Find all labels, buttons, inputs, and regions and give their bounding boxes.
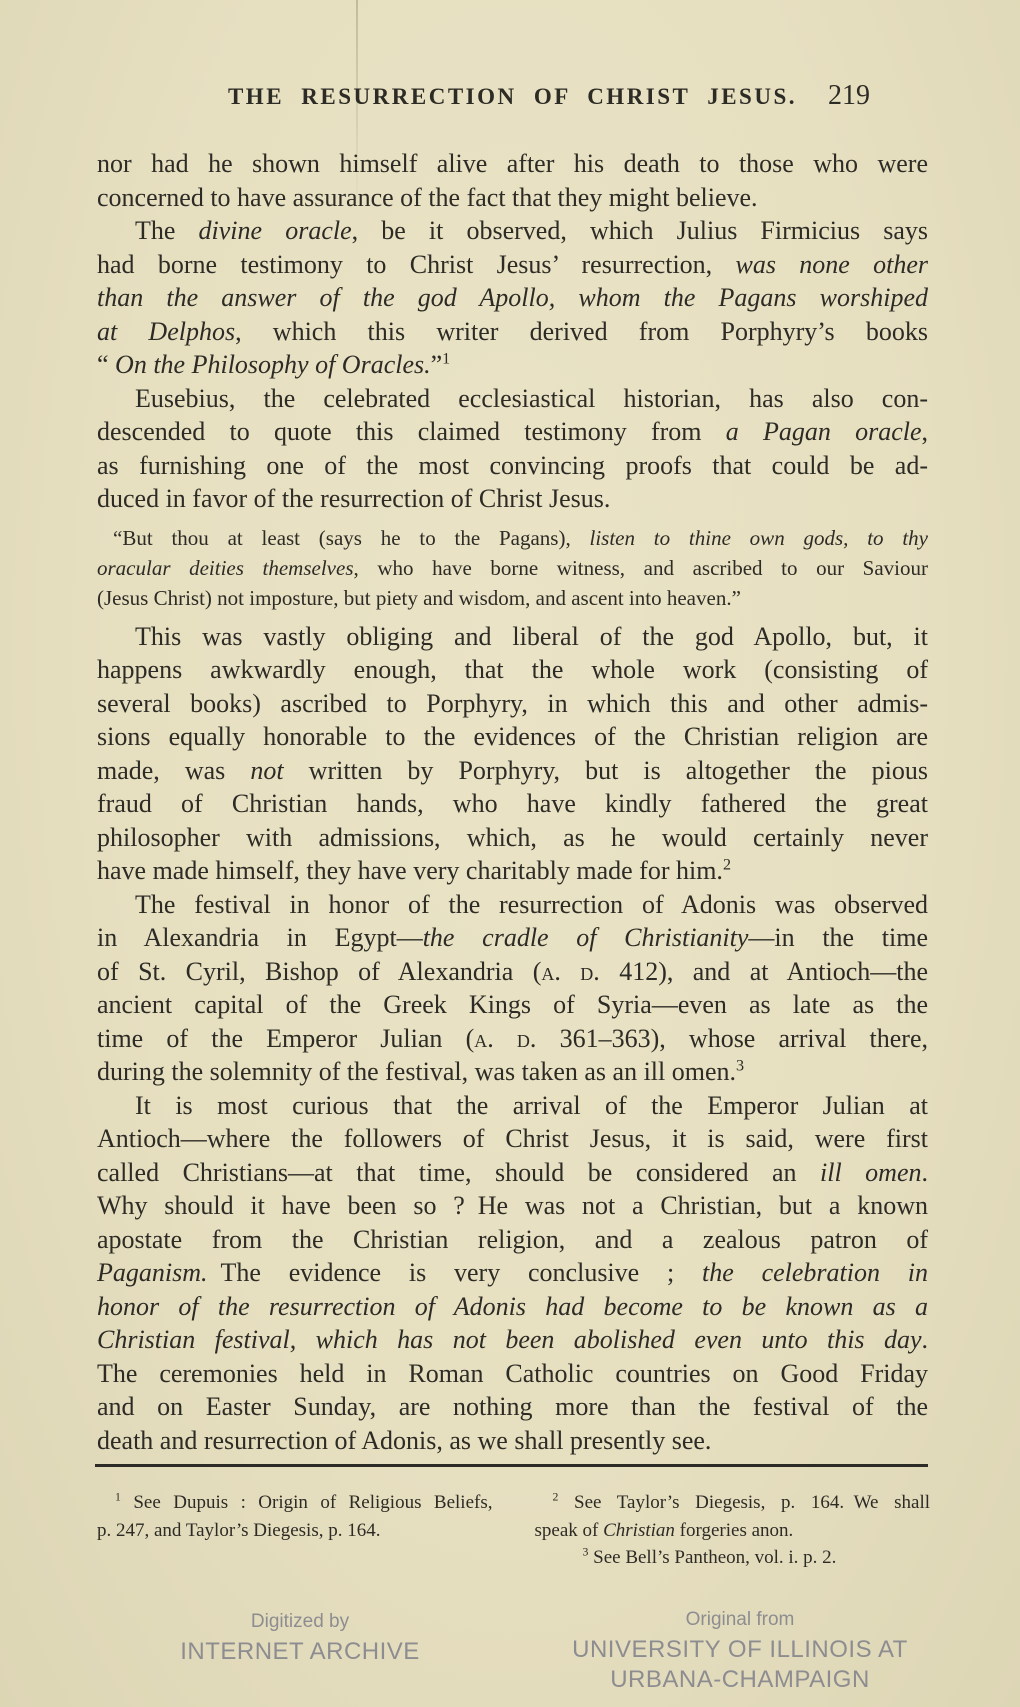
footnote-column-left: 1 See Dupuis : Origin of Religious Belie…: [97, 1489, 493, 1572]
watermark-university: Original from UNIVERSITY OF ILLINOIS AT …: [540, 1605, 940, 1695]
text-line: duced in favor of the resurrection of Ch…: [97, 482, 928, 516]
original-from-label: Original from: [540, 1605, 940, 1635]
text-line: at Delphos, which this writer derived fr…: [97, 315, 928, 349]
text-line: concerned to have assurance of the fact …: [97, 181, 928, 215]
quote-paragraph: “But thou at least (says he to the Pagan…: [97, 523, 928, 613]
paragraph: nor had he shown himself alive after his…: [97, 147, 928, 214]
paragraph: It is most curious that the arrival of t…: [97, 1089, 928, 1458]
text-line: Christian festival, which has not been a…: [97, 1323, 928, 1357]
text-line: p. 247, and Taylor’s Diegesis, p. 164.: [97, 1517, 493, 1545]
text-line: have made himself, they have very charit…: [97, 854, 928, 888]
text-line: nor had he shown himself alive after his…: [97, 147, 928, 181]
text-line: as furnishing one of the most convincing…: [97, 449, 928, 483]
text-line: had borne testimony to Christ Jesus’ res…: [97, 248, 928, 282]
text-line: oracular deities themselves, who have bo…: [97, 553, 928, 583]
text-line: It is most curious that the arrival of t…: [97, 1089, 928, 1123]
page-number: 219: [828, 80, 870, 112]
book-page: THE RESURRECTION OF CHRIST JESUS. 219 no…: [0, 0, 1020, 1707]
text-line: of St. Cyril, Bishop of Alexandria (a. d…: [97, 955, 928, 989]
footnote-column-right: 2 See Taylor’s Diegesis, p. 164. We shal…: [535, 1489, 931, 1572]
paragraph: The divine oracle, be it observed, which…: [97, 214, 928, 382]
text-line: made, was not written by Porphyry, but i…: [97, 754, 928, 788]
text-line: death and resurrection of Adonis, as we …: [97, 1424, 928, 1458]
paragraph: This was vastly obliging and liberal of …: [97, 620, 928, 888]
text-line: philosopher with admissions, which, as h…: [97, 821, 928, 855]
text-line: “ On the Philosophy of Oracles.”1: [97, 348, 928, 382]
footnote-rule: [95, 1464, 928, 1467]
text-line: fraud of Christian hands, who have kindl…: [97, 787, 928, 821]
university-label-line1: UNIVERSITY OF ILLINOIS AT: [540, 1635, 940, 1665]
page-title: THE RESURRECTION OF CHRIST JESUS.: [228, 84, 797, 109]
paragraph: 1 See Dupuis : Origin of Religious Belie…: [97, 1489, 493, 1544]
text-line: during the solemnity of the festival, wa…: [97, 1055, 928, 1089]
paragraph: 2 See Taylor’s Diegesis, p. 164. We shal…: [535, 1489, 931, 1544]
text-line: called Christians—at that time, should b…: [97, 1156, 928, 1190]
digitized-by-label: Digitized by: [120, 1607, 480, 1637]
watermark-internet-archive: Digitized by INTERNET ARCHIVE: [120, 1607, 480, 1667]
text-line: This was vastly obliging and liberal of …: [97, 620, 928, 654]
text-line: honor of the resurrection of Adonis had …: [97, 1290, 928, 1324]
text-line: several books) ascribed to Porphyry, in …: [97, 687, 928, 721]
text-line: sions equally honorable to the evidences…: [97, 720, 928, 754]
paragraph: Eusebius, the celebrated ecclesiastical …: [97, 382, 928, 516]
text-line: in Alexandria in Egypt—the cradle of Chr…: [97, 921, 928, 955]
paragraph: 3 See Bell’s Pantheon, vol. i. p. 2.: [535, 1544, 931, 1572]
text-line: than the answer of the god Apollo, whom …: [97, 281, 928, 315]
text-line: Why should it have been so ? He was not …: [97, 1189, 928, 1223]
paragraph: The festival in honor of the resurrectio…: [97, 888, 928, 1089]
text-line: The ceremonies held in Roman Catholic co…: [97, 1357, 928, 1391]
text-line: (Jesus Christ) not imposture, but piety …: [97, 583, 928, 613]
internet-archive-label: INTERNET ARCHIVE: [120, 1637, 480, 1667]
text-line: 3 See Bell’s Pantheon, vol. i. p. 2.: [535, 1544, 931, 1572]
body-text: nor had he shown himself alive after his…: [97, 147, 928, 1457]
text-line: speak of Christian forgeries anon.: [535, 1517, 931, 1545]
text-line: and on Easter Sunday, are nothing more t…: [97, 1390, 928, 1424]
text-line: The divine oracle, be it observed, which…: [97, 214, 928, 248]
text-line: Antioch—where the followers of Christ Je…: [97, 1122, 928, 1156]
university-label-line2: URBANA-CHAMPAIGN: [540, 1665, 940, 1695]
text-line: 1 See Dupuis : Origin of Religious Belie…: [97, 1489, 493, 1517]
text-line: happens awkwardly enough, that the whole…: [97, 653, 928, 687]
text-line: apostate from the Christian religion, an…: [97, 1223, 928, 1257]
footnotes: 1 See Dupuis : Origin of Religious Belie…: [97, 1489, 930, 1572]
text-line: The festival in honor of the resurrectio…: [97, 888, 928, 922]
text-line: time of the Emperor Julian (a. d. 361–36…: [97, 1022, 928, 1056]
text-line: 2 See Taylor’s Diegesis, p. 164. We shal…: [535, 1489, 931, 1517]
text-line: “But thou at least (says he to the Pagan…: [97, 523, 928, 553]
text-line: Eusebius, the celebrated ecclesiastical …: [97, 382, 928, 416]
text-line: ancient capital of the Greek Kings of Sy…: [97, 988, 928, 1022]
text-line: Paganism. The evidence is very conclusiv…: [97, 1256, 928, 1290]
text-line: descended to quote this claimed testimon…: [97, 415, 928, 449]
running-header: THE RESURRECTION OF CHRIST JESUS.: [97, 84, 928, 110]
